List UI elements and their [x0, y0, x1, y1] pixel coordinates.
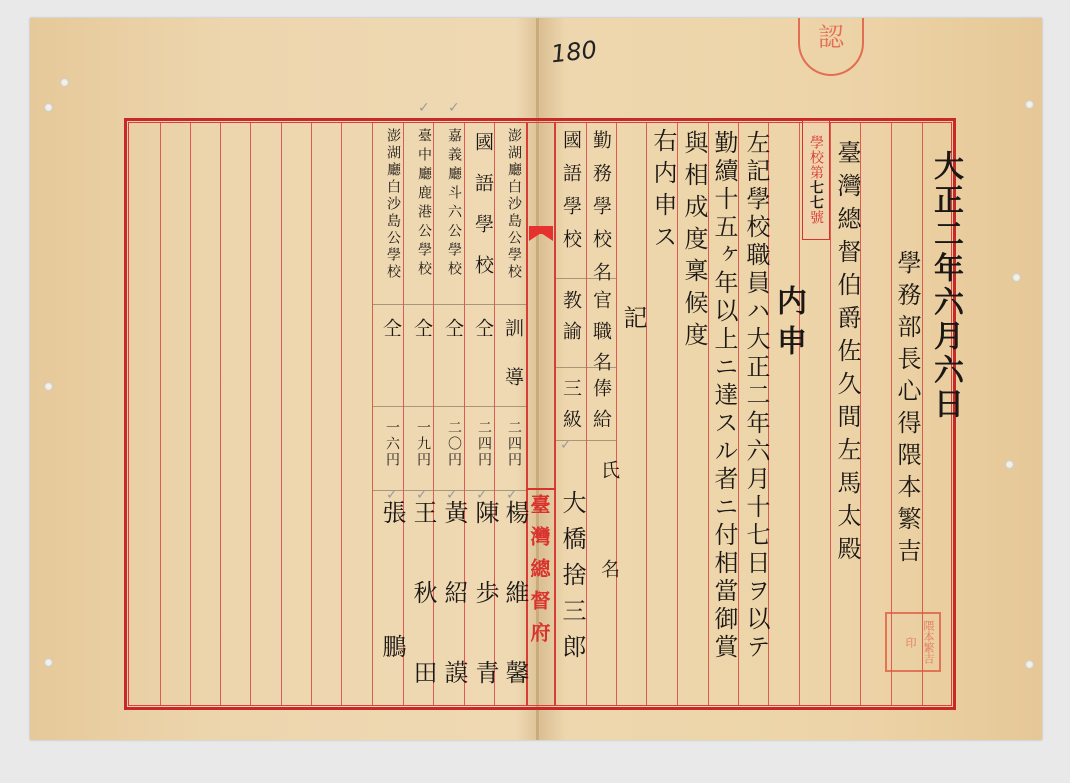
body-line-3: 與相成度稟候度 [677, 130, 712, 354]
document-date: 大正二年六月六日 [923, 150, 967, 422]
ruling-line [220, 123, 221, 705]
row-6-salary: 一六円 [382, 420, 402, 468]
table-divider [372, 304, 526, 305]
ruling-line [160, 123, 161, 705]
page-number: 180 [550, 36, 598, 69]
row-6-position: 仝 [378, 318, 405, 339]
check-mark: ✓ [448, 100, 460, 116]
check-mark: ✓ [416, 487, 428, 503]
header-name: 氏名 [596, 460, 623, 658]
header-school: 勤務學校名 [588, 130, 615, 295]
body-line-1: 左記學校職員ハ大正二年六月十七日ヲ以テ [739, 130, 774, 662]
body-line-4: 右内申ス [646, 128, 681, 256]
row-1-position: 教諭 [558, 290, 585, 352]
check-mark: ✓ [560, 437, 572, 453]
binding-hole [44, 382, 53, 391]
binding-hole [1025, 660, 1034, 669]
row-4-name: 黃紹謨 [437, 500, 472, 740]
row-4-position: 仝 [440, 318, 467, 339]
row-3-school: 國語學校 [470, 132, 497, 296]
row-2-position: 訓導 [500, 318, 527, 416]
sender: 學務部長心得隈本繁吉 [890, 250, 925, 570]
header-position: 官職名 [588, 290, 615, 383]
row-2-salary: 二四円 [504, 420, 524, 468]
binding-hole [1012, 273, 1021, 282]
row-5-position: 仝 [409, 318, 436, 339]
binding-hole [44, 103, 53, 112]
binding-hole [60, 78, 69, 87]
ruling-line [311, 123, 312, 705]
binding-hole [44, 658, 53, 667]
binding-hole [1025, 100, 1034, 109]
ki-marker: 記 [616, 305, 651, 331]
ruling-line [250, 123, 251, 705]
row-4-salary: 二〇円 [444, 420, 464, 468]
row-5-school: 臺中廳鹿港公學校 [414, 128, 434, 280]
row-1-school: 國語學校 [558, 130, 585, 262]
row-2-school: 澎湖廳白沙島公學校 [504, 128, 524, 281]
row-3-salary: 二四円 [474, 420, 494, 468]
center-bar [526, 488, 556, 490]
row-4-school: 嘉義廳斗六公學校 [444, 128, 464, 280]
document-serial-box: 學校第七七號 [802, 120, 830, 240]
row-2-name: 楊維馨 [498, 500, 533, 740]
binding-hole [1005, 460, 1014, 469]
row-1-name: 大橋捨三郎 [555, 490, 590, 670]
fish-tail-mark [529, 233, 553, 241]
check-mark: ✓ [446, 487, 458, 503]
ruling-line [190, 123, 191, 705]
sender-seal: 隈本繁吉印 [885, 612, 941, 672]
row-3-position: 仝 [470, 318, 497, 339]
serial-suffix: 號 [808, 210, 824, 225]
check-mark: ✓ [506, 487, 518, 503]
row-1-salary: 三級 [558, 378, 585, 440]
header-salary: 俸給 [588, 378, 615, 440]
row-5-name: 王秋田 [406, 500, 441, 740]
body-line-2: 勤續十五ヶ年以上ニ達スル者ニ付相當御賞 [707, 130, 742, 662]
row-5-salary: 一九円 [413, 420, 433, 468]
ruling-line [372, 123, 373, 705]
row-6-school: 澎湖廳白沙島公學校 [383, 128, 403, 281]
check-mark: ✓ [418, 100, 430, 116]
recipient: 臺灣總督伯爵佐久間左馬太殿 [830, 140, 865, 569]
row-3-name: 陳歩青 [468, 500, 503, 740]
check-mark: ✓ [386, 487, 398, 503]
check-mark: ✓ [476, 487, 488, 503]
row-6-name: 張鵬 [375, 500, 410, 768]
ruling-line [281, 123, 282, 705]
serial-prefix: 學校第 [808, 135, 824, 180]
serial-number: 七七 [808, 180, 824, 210]
ruling-line [341, 123, 342, 705]
ruling-line [799, 123, 800, 705]
